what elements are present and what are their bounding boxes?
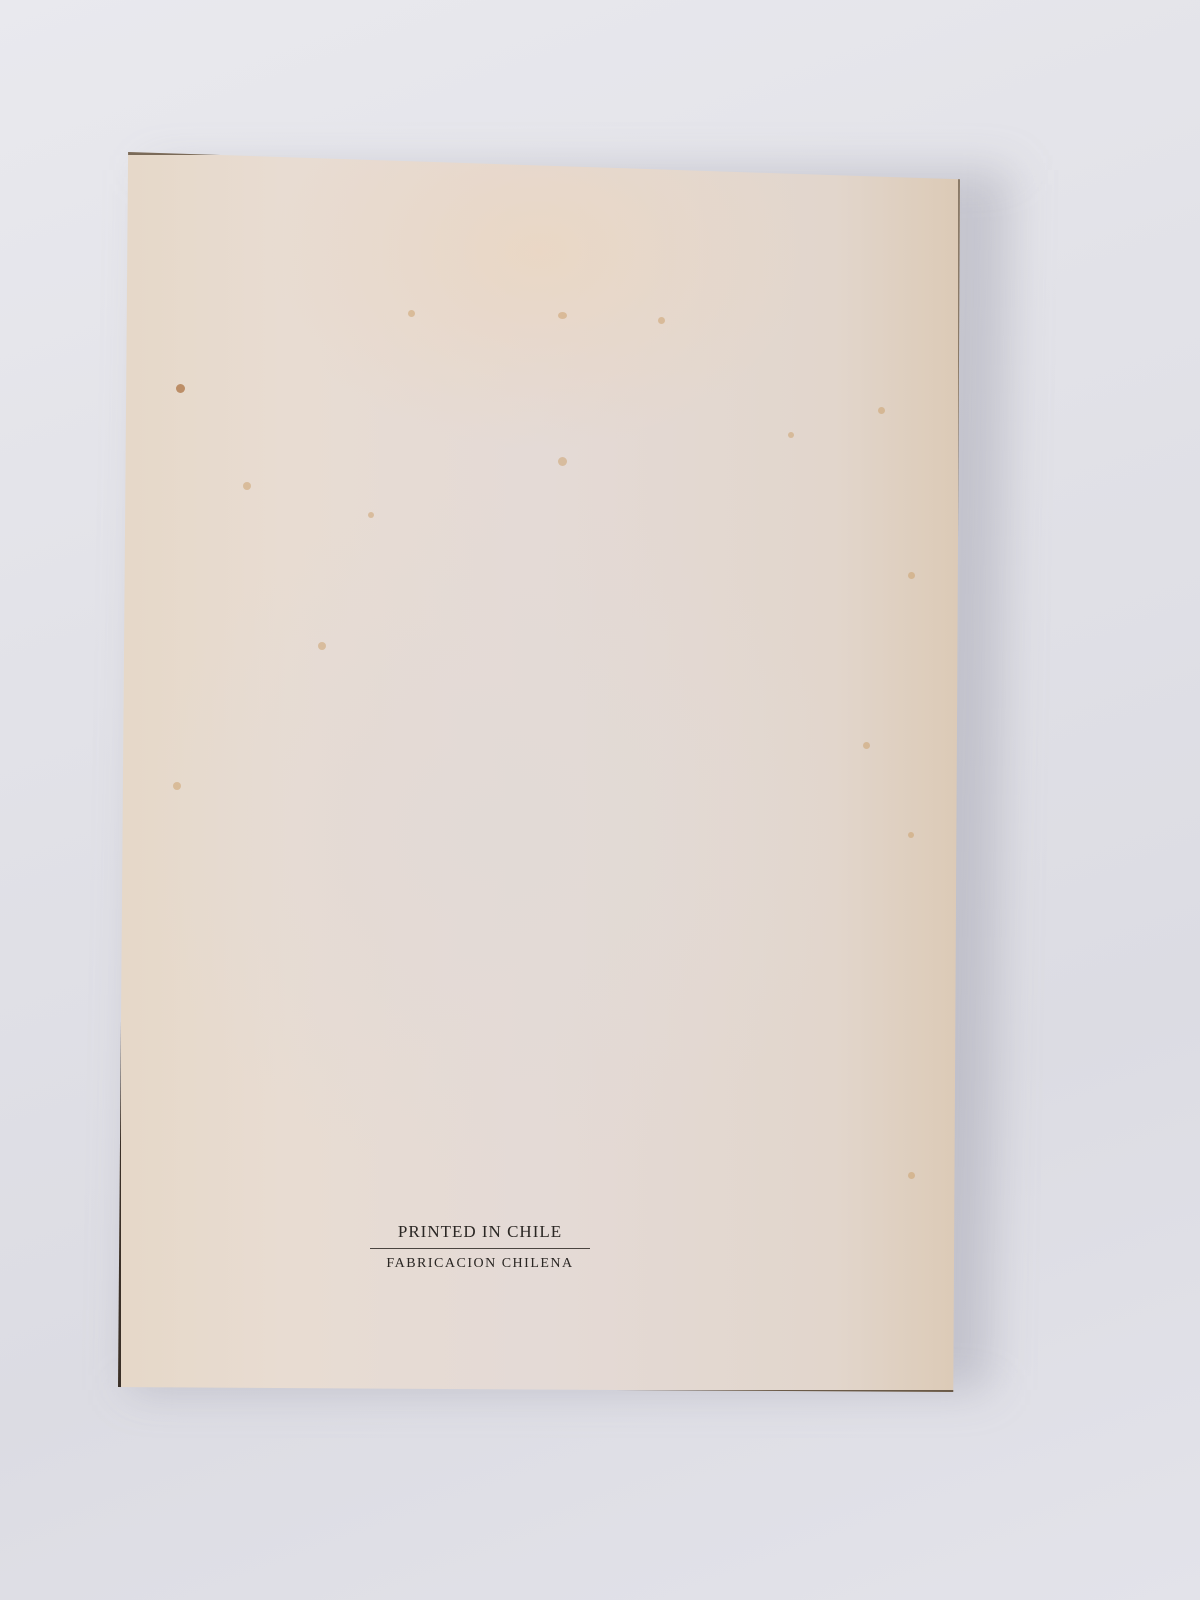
foxing-spot: [558, 312, 567, 319]
foxing-spot: [908, 572, 915, 579]
foxing-spot: [558, 457, 567, 466]
imprint-fabricacion-chilena: FABRICACION CHILENA: [370, 1256, 590, 1272]
foxing-spot: [176, 384, 185, 393]
imprint-divider: [370, 1248, 590, 1249]
foxing-spot: [318, 642, 326, 650]
foxing-spot: [408, 310, 415, 317]
printer-imprint: PRINTED IN CHILE FABRICACION CHILENA: [370, 1222, 590, 1272]
foxing-spot: [908, 832, 914, 838]
foxing-spot: [878, 407, 885, 414]
foxing-spot: [368, 512, 374, 518]
foxing-spot: [658, 317, 665, 324]
foxing-spot: [863, 742, 870, 749]
foxing-spot: [173, 782, 181, 790]
foxing-spot: [788, 432, 794, 438]
foxing-spot: [243, 482, 251, 490]
book-back-cover: [118, 152, 960, 1392]
imprint-printed-in-chile: PRINTED IN CHILE: [370, 1222, 590, 1242]
foxing-spot: [908, 1172, 915, 1179]
